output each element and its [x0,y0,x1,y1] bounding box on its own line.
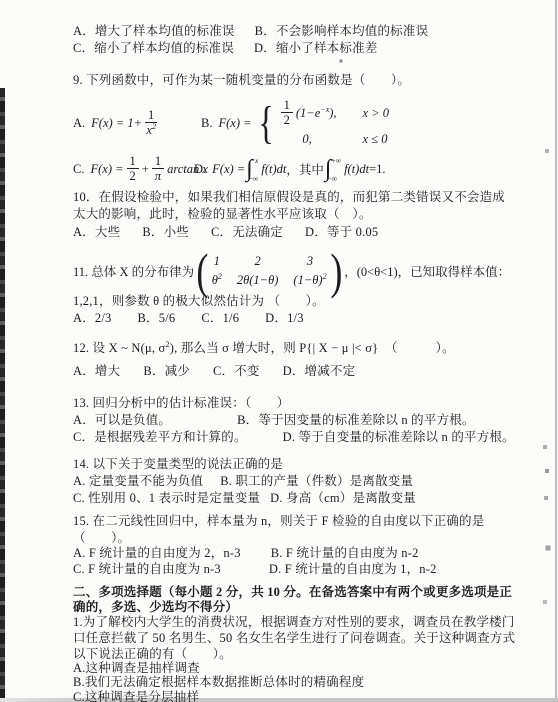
q9-formula-row-1: A. F(x) = 1+ 1 x2 B. F(x) = { 1 2 (1−e−x… [73,95,389,151]
q9-b-lhs: F(x) = [218,116,251,131]
q9-option-a-formula: A. F(x) = 1+ 1 x2 [73,109,201,137]
q13-option-a: A．可以是负值。 [73,413,171,428]
q9-b-cond-1: x > 0 [363,106,389,121]
q9-b-fraction: 1 2 [281,99,293,127]
q9-formula-row-2: C. F(x) = 1 2 + 1 π arctan x D. F(x) = ∫… [73,153,386,185]
q11-option-a: A．2/3 [73,311,112,326]
q10-stem-line-1: 10．在假设检验中，如果我们相信原假设是真的，而犯第二类错误又不会造成 [73,190,505,205]
section2-q1-line-2: 口任意拦截了 50 名男生、50 名女生名学生进行了问卷调查。关于这种调查方式 [73,631,515,646]
q11-option-c: C．1/6 [201,311,239,326]
q14-option-a: A. 定量变量不能为负值 [73,474,203,489]
top-option-c: C．缩小了样本均值的标准误 [73,41,234,56]
q10-option-b: B．小些 [142,225,189,240]
q15-options-row-2: C. F 统计量的自由度为 n-3 D. F 统计量的自由度为 1，n-2 [73,562,437,577]
q14-option-d: D. 身高（cm）是离散变量 [270,491,416,506]
section2-q1-line-1: 1.为了解校内大学生的消费状况，根据调查方对性别的要求，调查员在教学楼门 [73,615,515,630]
scanned-exam-page: A．增大了样本均值的标准误 B．不会影响样本均值的标准误 C．缩小了样本均值的标… [0,0,558,702]
q10-option-c: C．无法确定 [211,225,283,240]
scan-edge-artifact-left [0,88,5,702]
q10-stem-line-2: 太大的影响，此时，检验的显著性水平应该取（ ）。 [73,207,372,222]
top-option-b: B．不会影响样本均值的标准误 [255,24,429,39]
q15-options-row-1: A. F 统计量的自由度为 2，n-3 B. F 统计量的自由度为 n-2 [73,546,419,561]
top-option-a: A．增大了样本均值的标准误 [73,24,235,39]
q15-option-d: D. F 统计量的自由度为 1，n-2 [269,562,437,577]
q14-option-c: C. 性别用 0、1 表示时是定量变量 [73,491,260,506]
section2-q1-line-3: 以下说法正确的有（ ）。 [73,647,232,662]
q12-stem: 12. 设 X ~ N(μ, σ2), 那么当 σ 增大时，则 P{| X − … [73,341,455,356]
q11-stem-row: 11. 总体 X 的分布律为 ( 1 2 3 θ2 2θ(1−θ) (1−θ)2… [73,247,510,295]
section2-title-line-1: 二、多项选择题（每小题 2 分，共 10 分。在备选答案中有两个或更多选项是正 [73,585,512,600]
q11-stem-post: ，(0<θ<1)，已知取得样本值： [344,262,510,280]
q12-option-b: B．减少 [143,364,190,379]
q9-stem: 9. 下列函数中，可作为某一随机变量的分布函数是（ ）。 [73,73,410,88]
q13-options-row-1: A．可以是负值。 B．等于因变量的标准差除以 n 的平方根。 [73,413,475,428]
q14-stem: 14. 以下关于变量类型的说法正确的是 [73,457,283,472]
q9-b-piecewise: 1 2 (1−e−x), x > 0 0, x ≤ 0 [278,99,389,147]
q9-b-label: B. [201,116,212,131]
q15-option-a: A. F 统计量的自由度为 2，n-3 [73,546,241,561]
q11-stem-pre: 11. 总体 X 的分布律为 [73,262,194,280]
q9-b-val-2: 0, [302,132,311,147]
q15-option-b: B. F 统计量的自由度为 n-2 [271,546,419,561]
section2-q1-option-b: B.我们无法确定根据样本数据推断总体时的精确程度 [73,675,364,690]
q14-options-row-1: A. 定量变量不能为负值 B. 职工的产量（件数）是离散变量 [73,474,413,489]
q9-a-expression: F(x) = 1+ [91,116,142,131]
q12-options: A．增大 B．减少 C．不变 D．增减不定 [73,364,355,379]
q13-option-b: B．等于因变量的标准差除以 n 的平方根。 [237,413,475,428]
q14-option-b: B. 职工的产量（件数）是离散变量 [220,474,413,489]
q12-option-d: D．增减不定 [283,364,356,379]
matrix-paren-close: ) [330,250,342,293]
q9-option-b-formula: B. F(x) = { 1 2 (1−e−x), x > 0 0, x ≤ 0 [201,99,389,147]
q10-option-d: D．等于 0.05 [305,225,378,240]
q9-d-label: D. [194,162,206,177]
integral-1: ∫ x −∞ [246,156,260,183]
q13-option-c: C．是根据残差平方和计算的。 [73,430,247,445]
q15-stem: 15. 在二元线性回归中，样本量为 n，则关于 F 检验的自由度以下正确的是 [73,514,484,529]
q9-b-cond-2: x ≤ 0 [363,132,388,147]
top-options-row-2: C．缩小了样本均值的标准误 D．缩小了样本标准差 [73,41,377,56]
scan-edge-line-right [555,0,557,702]
q11-distribution-matrix: 1 2 3 θ2 2θ(1−θ) (1−θ)2 [212,254,327,288]
section2-q1-option-c: C.这种调查是分层抽样 [73,690,199,702]
q10-options: A．大些 B．小些 C．无法确定 D．等于 0.05 [73,225,378,240]
q9-c-label: C. [73,162,84,177]
scan-specks [0,0,2,2]
q13-option-d: D. 等于自变量的标准差除以 n 的平方根。 [283,430,515,445]
q11-options: A．2/3 B．5/6 C．1/6 D．1/3 [73,311,304,326]
matrix-paren-open: ( [196,250,208,293]
section2-title-line-2: 确的，多选、少选均不得分） [73,600,238,615]
top-options-row-1: A．增大了样本均值的标准误 B．不会影响样本均值的标准误 [73,24,428,39]
q13-stem: 13. 回归分析中的估计标准误：（ ） [73,396,290,411]
q14-options-row-2: C. 性别用 0、1 表示时是定量变量 D. 身高（cm）是离散变量 [73,491,416,506]
integral-2: ∫ +∞ −∞ [325,156,343,183]
q12-option-c: C．不变 [213,364,260,379]
q10-option-a: A．大些 [73,225,120,240]
q11-option-b: B．5/6 [138,311,176,326]
q12-option-a: A．增大 [73,364,120,379]
q15-stem-line-2: （ ）。 [73,531,130,546]
top-option-d: D．缩小了样本标准差 [254,41,378,56]
section2-q1-option-a: A.这种调查是抽样调查 [73,661,200,676]
q13-options-row-2: C．是根据残差平方和计算的。 D. 等于自变量的标准差除以 n 的平方根。 [73,430,515,445]
q15-option-c: C. F 统计量的自由度为 n-3 [73,562,221,577]
q9-option-d-formula: D. F(x) = ∫ x −∞ f(t)dt ，其中 ∫ +∞ −∞ f(t)… [194,156,386,183]
q9-a-label: A. [73,116,85,131]
brace-glyph: { [258,102,273,143]
q11-option-d: D．1/3 [265,311,304,326]
q9-option-c-formula: C. F(x) = 1 2 + 1 π arctan x [73,155,194,183]
q9-a-fraction: 1 x2 [145,109,157,137]
q11-stem-line-2: 1,2,1，则参数 θ 的极大似然估计为 （ ）。 [73,294,325,309]
